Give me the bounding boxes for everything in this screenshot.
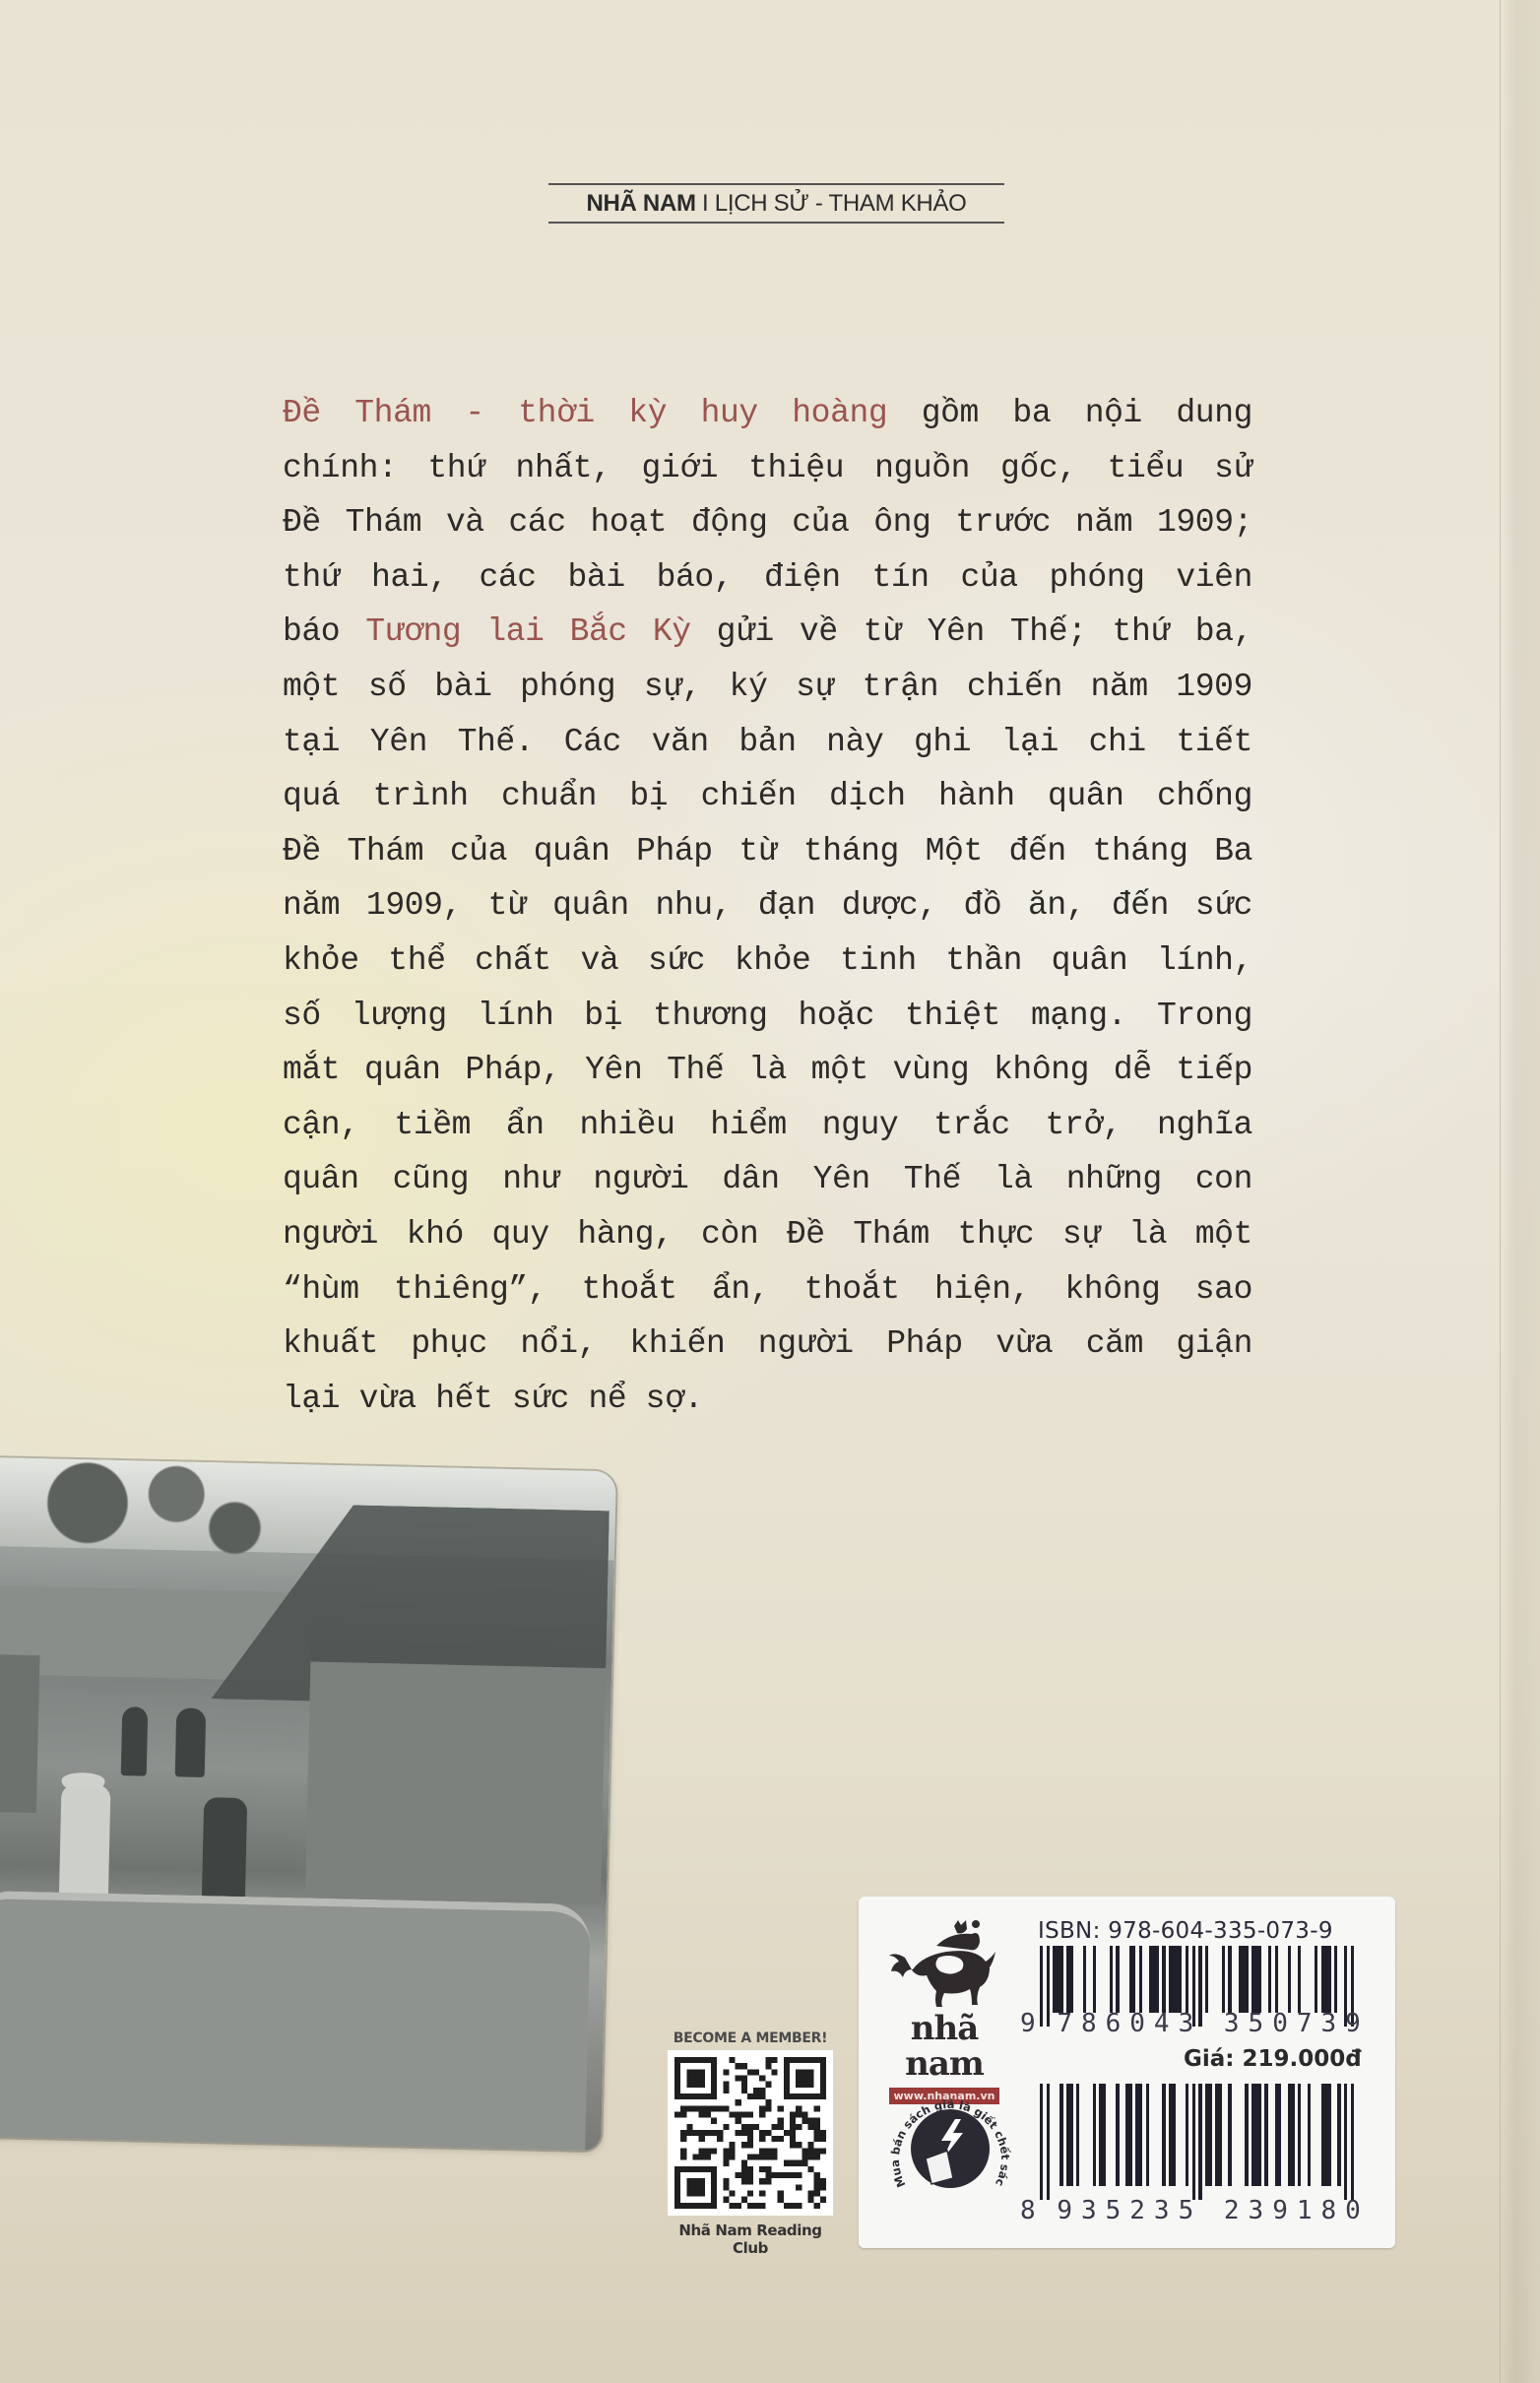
isbn-barcode-digits: 9 786043 350739 xyxy=(1020,2009,1370,2038)
blurb-text: khuất phục nổi, khiến người Pháp vừa căm… xyxy=(283,1325,1252,1362)
book-title-reference: Tương lai Bắc Kỳ xyxy=(365,613,690,650)
price-isbn-sticker: nhã nam www.nhanam.vn Mua bán sách giả l… xyxy=(859,1897,1395,2248)
blurb-text: gồm ba nội dung xyxy=(887,395,1252,431)
photo-foreground-wall xyxy=(0,1891,591,2151)
blurb-text: số lượng lính bị thương hoặc thiệt mạng.… xyxy=(283,998,1252,1034)
blurb-text: người khó quy hàng, còn Đề Thám thực sự … xyxy=(283,1216,1252,1253)
publisher-logo: nhã nam www.nhanam.vn xyxy=(882,1918,1006,2104)
series-separator: I xyxy=(696,190,715,217)
blurb-line: khuất phục nổi, khiến người Pháp vừa căm… xyxy=(283,1317,1252,1372)
blurb-text: năm 1909, từ quân nhu, đạn dược, đồ ăn, … xyxy=(283,887,1252,924)
blurb-line: chính: thứ nhất, giới thiệu nguồn gốc, t… xyxy=(283,441,1252,496)
blurb-line: mắt quân Pháp, Yên Thế là một vùng không… xyxy=(283,1043,1252,1098)
blurb-line: năm 1909, từ quân nhu, đạn dược, đồ ăn, … xyxy=(283,878,1252,934)
blurb-line: Đề Thám và các hoạt động của ông trước n… xyxy=(283,495,1252,550)
blurb-text: gửi về từ Yên Thế; thứ ba, xyxy=(691,613,1252,650)
blurb-text: quá trình chuẩn bị chiến dịch hành quân … xyxy=(283,778,1252,814)
price-barcode xyxy=(1040,2084,1355,2200)
photo-mud-wall-hut xyxy=(305,1661,606,1904)
blurb-line: khỏe thể chất và sức khỏe tinh thần quân… xyxy=(283,934,1252,989)
blurb-text: khỏe thể chất và sức khỏe tinh thần quân… xyxy=(283,942,1252,979)
blurb-line: báo Tương lai Bắc Kỳ gửi về từ Yên Thế; … xyxy=(283,605,1252,660)
series-label: NHÃ NAM I LỊCH SỬ - THAM KHẢO xyxy=(548,183,1004,224)
qr-code-icon xyxy=(674,2057,826,2209)
blurb-text: Đề Thám và các hoạt động của ông trước n… xyxy=(283,504,1252,541)
archival-photo xyxy=(0,1457,616,2151)
photo-tree xyxy=(0,1457,295,1573)
blurb-text: chính: thứ nhất, giới thiệu nguồn gốc, t… xyxy=(283,450,1252,486)
blurb-line: quân cũng như người dân Yên Thế là những… xyxy=(283,1152,1252,1207)
blurb-text: báo xyxy=(283,613,365,650)
qr-caption: Nhã Nam Reading Club xyxy=(662,2222,839,2257)
blurb-line: Đề Thám của quân Pháp từ tháng Một đến t… xyxy=(283,824,1252,879)
photo-figure xyxy=(202,1797,247,1906)
back-cover-blurb: Đề Thám - thời kỳ huy hoàng gồm ba nội d… xyxy=(283,386,1252,1426)
qr-title: BECOME A MEMBER! xyxy=(662,2030,839,2046)
blurb-line: số lượng lính bị thương hoặc thiệt mạng.… xyxy=(283,989,1252,1044)
series-category: LỊCH SỬ - THAM KHẢO xyxy=(715,190,967,217)
blurb-text: thứ hai, các bài báo, điện tín của phóng… xyxy=(283,559,1252,596)
blurb-text: tại Yên Thế. Các văn bản này ghi lại chi… xyxy=(283,724,1252,760)
photo-figure xyxy=(59,1784,111,1899)
membership-qr-block: BECOME A MEMBER! Nhã Nam Reading Club xyxy=(662,2030,839,2257)
anti-piracy-seal-icon: Mua bán sách giả là giết chết sách thật xyxy=(886,2082,1014,2210)
blurb-text: mắt quân Pháp, Yên Thế là một vùng không… xyxy=(283,1052,1252,1088)
blurb-line: cận, tiềm ẩn nhiều hiểm nguy trắc trở, n… xyxy=(283,1098,1252,1153)
blurb-line: người khó quy hàng, còn Đề Thám thực sự … xyxy=(283,1207,1252,1262)
blurb-text: Đề Thám của quân Pháp từ tháng Một đến t… xyxy=(283,833,1252,869)
blurb-line: tại Yên Thế. Các văn bản này ghi lại chi… xyxy=(283,715,1252,770)
blurb-text: lại vừa hết sức nể sợ. xyxy=(283,1381,703,1417)
blurb-line: Đề Thám - thời kỳ huy hoàng gồm ba nội d… xyxy=(283,386,1252,441)
blurb-text: cận, tiềm ẩn nhiều hiểm nguy trắc trở, n… xyxy=(283,1107,1252,1143)
blurb-line: “hùm thiêng”, thoắt ẩn, thoắt hiện, khôn… xyxy=(283,1262,1252,1318)
photo-left-hut xyxy=(0,1654,39,1813)
isbn-label: ISBN: 978-604-335-073-9 xyxy=(1038,1918,1333,1944)
logo-wordmark: nhã nam xyxy=(882,2011,1006,2082)
price-label: Giá: 219.000đ xyxy=(1184,2046,1362,2072)
photo-conical-hat xyxy=(61,1772,104,1789)
blurb-line: quá trình chuẩn bị chiến dịch hành quân … xyxy=(283,769,1252,824)
blurb-line: thứ hai, các bài báo, điện tín của phóng… xyxy=(283,550,1252,606)
photo-figure xyxy=(175,1707,207,1777)
blurb-text: quân cũng như người dân Yên Thế là những… xyxy=(283,1161,1252,1197)
photo-figure xyxy=(121,1707,149,1776)
price-barcode-digits: 8 935235 239180 xyxy=(1020,2196,1370,2225)
buffalo-rider-logo-icon xyxy=(885,1918,1003,2009)
blurb-text: một số bài phóng sự, ký sự trận chiến nă… xyxy=(283,669,1252,705)
blurb-text: “hùm thiêng”, thoắt ẩn, thoắt hiện, khôn… xyxy=(283,1271,1252,1308)
blurb-line: một số bài phóng sự, ký sự trận chiến nă… xyxy=(283,660,1252,715)
publisher-name: NHÃ NAM xyxy=(586,190,695,217)
blurb-line: lại vừa hết sức nể sợ. xyxy=(283,1372,1252,1427)
book-spine-edge xyxy=(1500,0,1540,2383)
book-title-reference: Đề Thám - thời kỳ huy hoàng xyxy=(283,395,887,431)
qr-code[interactable] xyxy=(668,2050,833,2216)
